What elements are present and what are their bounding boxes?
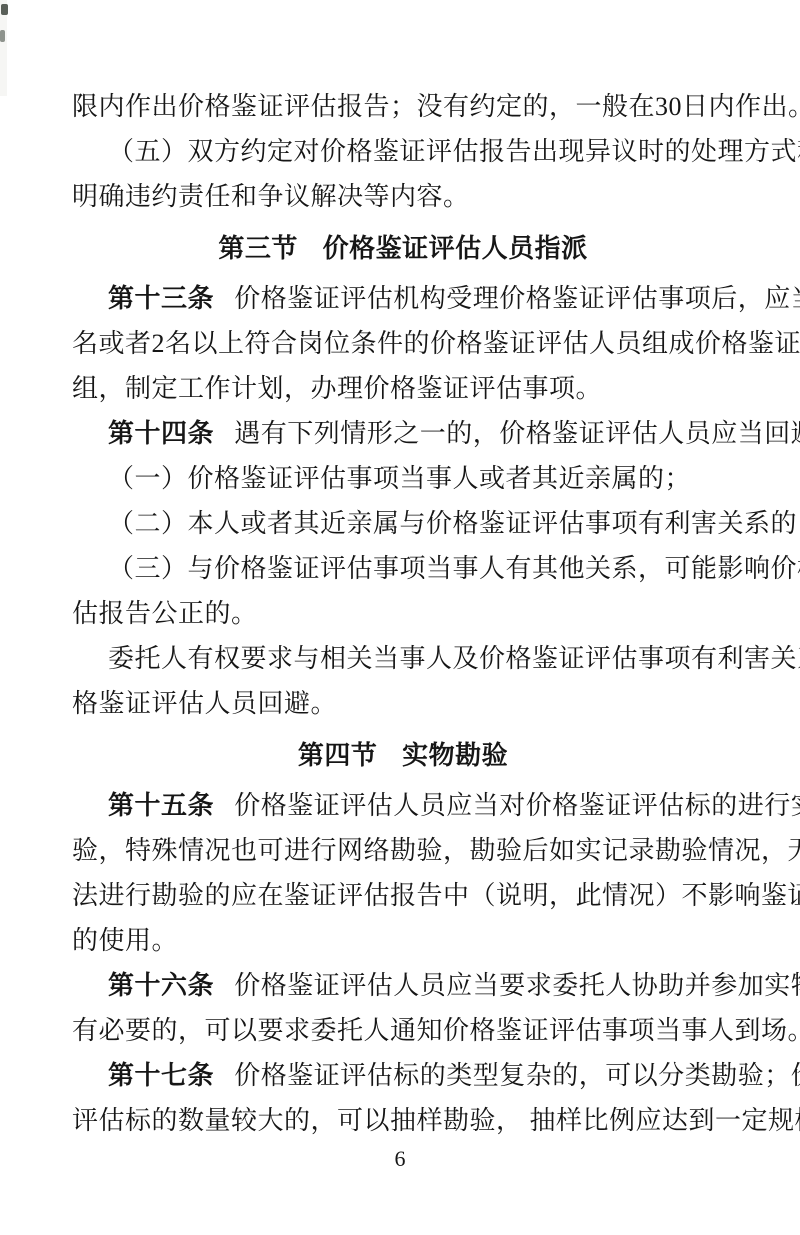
line-text: 委托人有权要求与相关当事人及价格鉴证评估事项有利害关系的价 (108, 644, 800, 673)
article-number: 第十六条 (108, 971, 214, 1000)
scan-artifact-speck (1, 4, 8, 15)
text-line: 组，制定工作计划，办理价格鉴证评估事项。 (72, 366, 734, 411)
text-line: （二）本人或者其近亲属与价格鉴证评估事项有利害关系的； (72, 501, 734, 546)
text-line: 评估标的数量较大的，可以抽样勘验， 抽样比例应达到一定规模。 (72, 1098, 734, 1143)
text-line: （三）与价格鉴证评估事项当事人有其他关系，可能影响价格鉴证评 (72, 546, 734, 591)
line-text: 估报告公正的。 (72, 599, 258, 628)
text-line: 估报告公正的。 (72, 591, 734, 636)
text-line: 第十三条价格鉴证评估机构受理价格鉴证评估事项后，应当指派2 (72, 276, 734, 321)
line-text: 价格鉴证评估人员应当对价格鉴证评估标的进行实物勘 (234, 791, 800, 820)
line-text: 组，制定工作计划，办理价格鉴证评估事项。 (72, 374, 602, 403)
text-line: 的使用。 (72, 918, 734, 963)
text-line: 法进行勘验的应在鉴证评估报告中（说明，此情况）不影响鉴证评估报告 (72, 873, 734, 918)
line-text: 遇有下列情形之一的，价格鉴证评估人员应当回避： (234, 419, 800, 448)
section-heading-title: 价格鉴证评估人员指派 (323, 234, 588, 263)
text-line: 委托人有权要求与相关当事人及价格鉴证评估事项有利害关系的价 (72, 636, 734, 681)
text-line: 格鉴证评估人员回避。 (72, 681, 734, 726)
text-line: 有必要的，可以要求委托人通知价格鉴证评估事项当事人到场。 (72, 1008, 734, 1053)
article-number: 第十三条 (108, 284, 214, 313)
document-body: 限内作出价格鉴证评估报告；没有约定的，一般在30日内作出。（五）双方约定对价格鉴… (72, 84, 734, 1143)
text-line: （五）双方约定对价格鉴证评估报告出现异议时的处理方式和时限， (72, 129, 734, 174)
line-text: 格鉴证评估人员回避。 (72, 689, 337, 718)
text-line: 明确违约责任和争议解决等内容。 (72, 174, 734, 219)
line-text: 的使用。 (72, 926, 178, 955)
line-text: （五）双方约定对价格鉴证评估报告出现异议时的处理方式和时限， (108, 137, 800, 166)
line-text: 限内作出价格鉴证评估报告；没有约定的，一般在30日内作出。 (72, 92, 800, 121)
line-text: 明确违约责任和争议解决等内容。 (72, 182, 470, 211)
section-heading: 第三节价格鉴证评估人员指派 (72, 226, 734, 271)
line-text: （三）与价格鉴证评估事项当事人有其他关系，可能影响价格鉴证评 (108, 554, 800, 583)
line-text: 有必要的，可以要求委托人通知价格鉴证评估事项当事人到场。 (72, 1016, 800, 1045)
line-text: 名或者2名以上符合岗位条件的价格鉴证评估人员组成价格鉴证评估小 (72, 329, 800, 358)
text-line: 第十七条价格鉴证评估标的类型复杂的，可以分类勘验；价格鉴证 (72, 1053, 734, 1098)
line-text: 验，特殊情况也可进行网络勘验，勘验后如实记录勘验情况，无实物或无 (72, 836, 800, 865)
line-text: （二）本人或者其近亲属与价格鉴证评估事项有利害关系的； (108, 509, 800, 538)
text-line: 限内作出价格鉴证评估报告；没有约定的，一般在30日内作出。 (72, 84, 734, 129)
article-number: 第十四条 (108, 419, 214, 448)
section-heading: 第四节实物勘验 (72, 733, 734, 778)
line-text: （一）价格鉴证评估事项当事人或者其近亲属的； (108, 464, 691, 493)
line-text: 价格鉴证评估标的类型复杂的，可以分类勘验；价格鉴证 (234, 1061, 800, 1090)
section-heading-label: 第三节 (218, 234, 298, 263)
text-line: 第十六条价格鉴证评估人员应当要求委托人协助并参加实物勘验。 (72, 963, 734, 1008)
section-heading-label: 第四节 (298, 741, 378, 770)
article-number: 第十五条 (108, 791, 214, 820)
line-text: 评估标的数量较大的，可以抽样勘验， 抽样比例应达到一定规模。 (72, 1106, 800, 1135)
document-page: 限内作出价格鉴证评估报告；没有约定的，一般在30日内作出。（五）双方约定对价格鉴… (0, 0, 800, 1235)
article-number: 第十七条 (108, 1061, 214, 1090)
line-text: 价格鉴证评估机构受理价格鉴证评估事项后，应当指派2 (234, 284, 800, 313)
text-line: 验，特殊情况也可进行网络勘验，勘验后如实记录勘验情况，无实物或无 (72, 828, 734, 873)
scan-artifact-speck (0, 30, 5, 42)
section-heading-title: 实物勘验 (402, 741, 508, 770)
text-line: 名或者2名以上符合岗位条件的价格鉴证评估人员组成价格鉴证评估小 (72, 321, 734, 366)
text-line: （一）价格鉴证评估事项当事人或者其近亲属的； (72, 456, 734, 501)
page-number: 6 (0, 1146, 800, 1172)
text-line: 第十四条遇有下列情形之一的，价格鉴证评估人员应当回避： (72, 411, 734, 456)
text-line: 第十五条价格鉴证评估人员应当对价格鉴证评估标的进行实物勘 (72, 783, 734, 828)
line-text: 法进行勘验的应在鉴证评估报告中（说明，此情况）不影响鉴证评估报告 (72, 881, 800, 910)
line-text: 价格鉴证评估人员应当要求委托人协助并参加实物勘验。 (234, 971, 800, 1000)
